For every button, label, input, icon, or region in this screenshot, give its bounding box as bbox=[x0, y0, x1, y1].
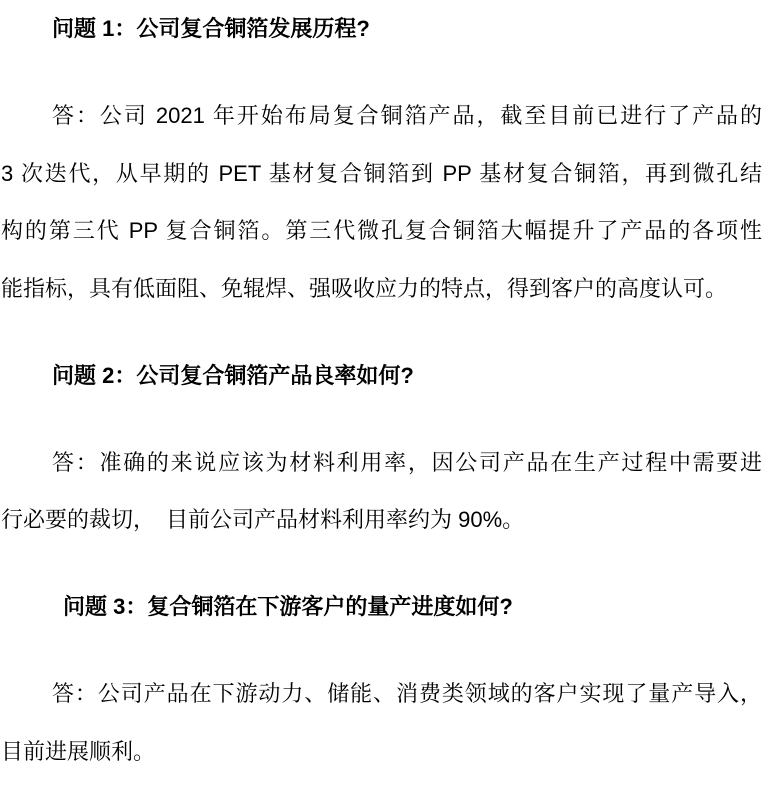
question-3-heading: 问题 3：复合铜箔在下游客户的量产进度如何? bbox=[1, 578, 762, 636]
question-1-heading: 问题 1：公司复合铜箔发展历程? bbox=[1, 0, 762, 58]
qa-section-2: 问题 2：公司复合铜箔产品良率如何? 答：准确的来说应该为材料利用率，因公司产品… bbox=[1, 347, 762, 549]
answer-line: 答：准确的来说应该为材料利用率，因公司产品在生产过程中需要进 bbox=[1, 434, 762, 492]
answer-line: 答：公司 2021 年开始布局复合铜箔产品，截至目前已进行了产品的 bbox=[1, 87, 762, 145]
answer-line: 构的第三代 PP 复合铜箔。第三代微孔复合铜箔大幅提升了产品的各项性 bbox=[1, 202, 762, 260]
question-2-heading: 问题 2：公司复合铜箔产品良率如何? bbox=[1, 347, 762, 405]
answer-line: 答：公司产品在下游动力、储能、消费类领域的客户实现了量产导入， bbox=[1, 665, 762, 723]
answer-1-paragraph: 答：公司 2021 年开始布局复合铜箔产品，截至目前已进行了产品的 3 次迭代，… bbox=[1, 87, 762, 317]
document-page: 问题 1：公司复合铜箔发展历程? 答：公司 2021 年开始布局复合铜箔产品，截… bbox=[0, 0, 764, 786]
qa-section-3: 问题 3：复合铜箔在下游客户的量产进度如何? 答：公司产品在下游动力、储能、消费… bbox=[1, 578, 762, 780]
answer-line: 能指标，具有低面阻、免辊焊、强吸收应力的特点，得到客户的高度认可。 bbox=[1, 260, 762, 318]
answer-line: 3 次迭代，从早期的 PET 基材复合铜箔到 PP 基材复合铜箔，再到微孔结 bbox=[1, 145, 762, 203]
answer-3-paragraph: 答：公司产品在下游动力、储能、消费类领域的客户实现了量产导入， 目前进展顺利。 bbox=[1, 665, 762, 780]
qa-section-1: 问题 1：公司复合铜箔发展历程? 答：公司 2021 年开始布局复合铜箔产品，截… bbox=[1, 0, 762, 317]
answer-line: 行必要的裁切， 目前公司产品材料利用率约为 90%。 bbox=[1, 491, 762, 549]
answer-2-paragraph: 答：准确的来说应该为材料利用率，因公司产品在生产过程中需要进 行必要的裁切， 目… bbox=[1, 434, 762, 549]
answer-line: 目前进展顺利。 bbox=[1, 723, 762, 781]
